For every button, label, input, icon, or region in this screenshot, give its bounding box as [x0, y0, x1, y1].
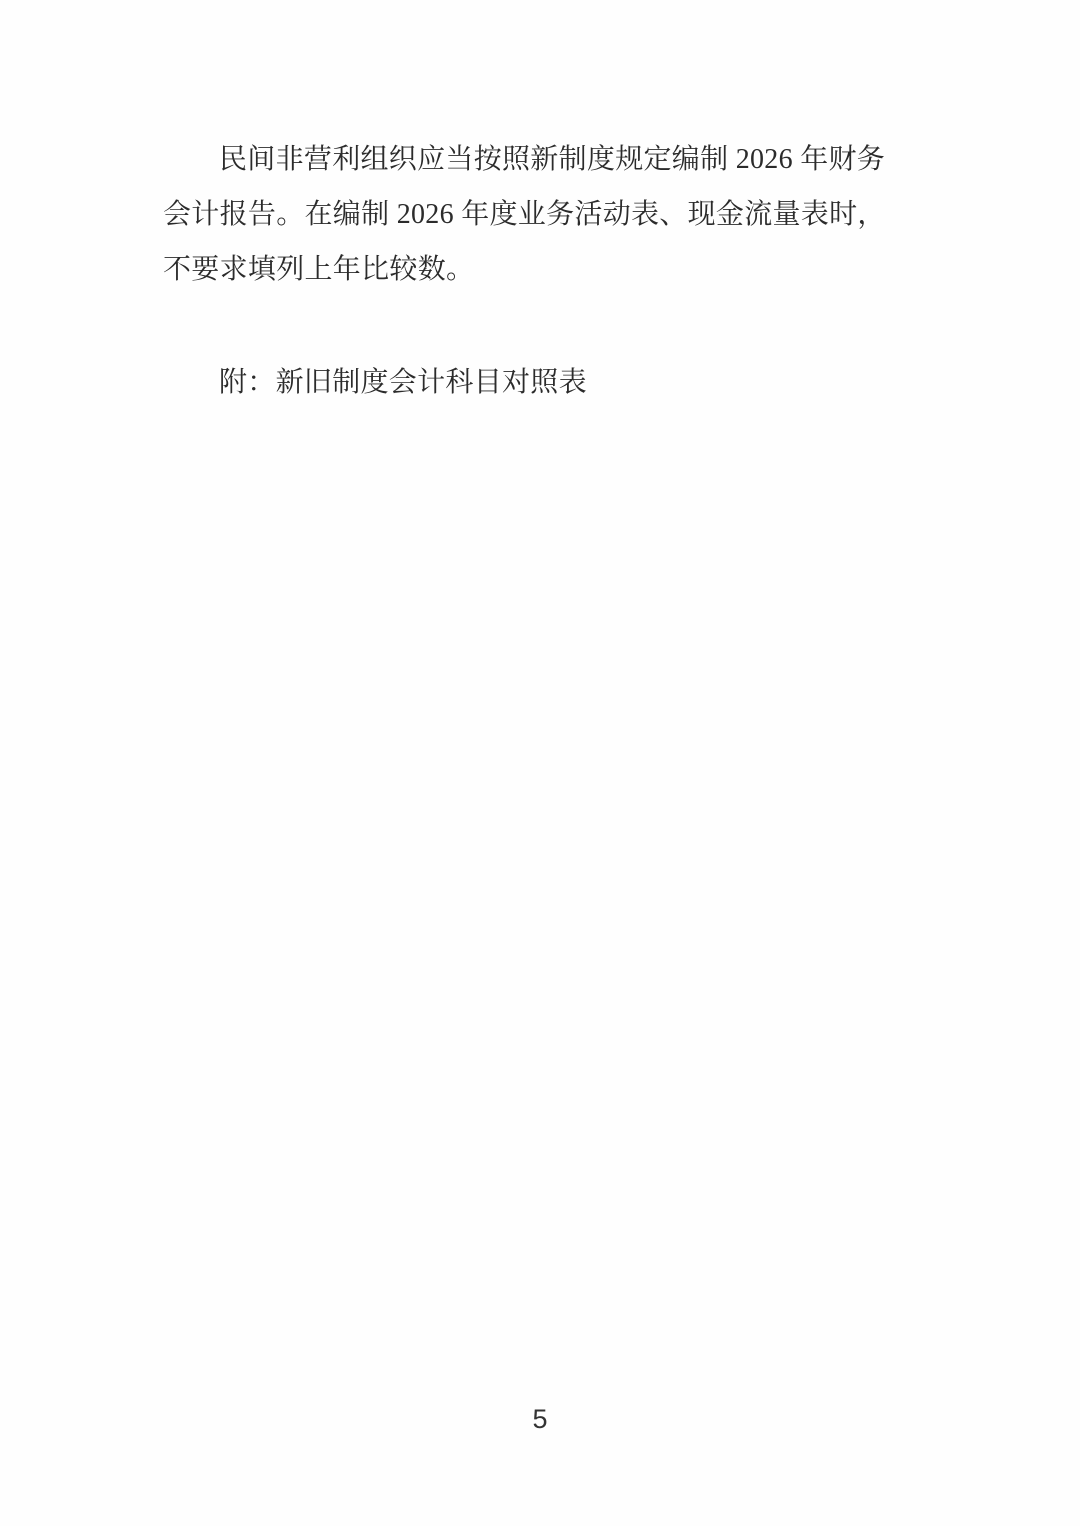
attachment-note: 附：新旧制度会计科目对照表 — [163, 355, 908, 410]
body-paragraph-line-2: 会计报告。在编制 2026 年度业务活动表、现金流量表时， — [163, 187, 908, 242]
document-page: 民间非营利组织应当按照新制度规定编制 2026 年财务 会计报告。在编制 202… — [0, 0, 1080, 1526]
blank-line-spacer — [163, 297, 908, 355]
body-paragraph-line-1: 民间非营利组织应当按照新制度规定编制 2026 年财务 — [163, 132, 908, 187]
document-body: 民间非营利组织应当按照新制度规定编制 2026 年财务 会计报告。在编制 202… — [163, 132, 908, 410]
body-paragraph-line-3: 不要求填列上年比较数。 — [163, 242, 908, 297]
page-footer: 5 — [0, 1403, 1080, 1435]
page-number: 5 — [532, 1404, 547, 1434]
